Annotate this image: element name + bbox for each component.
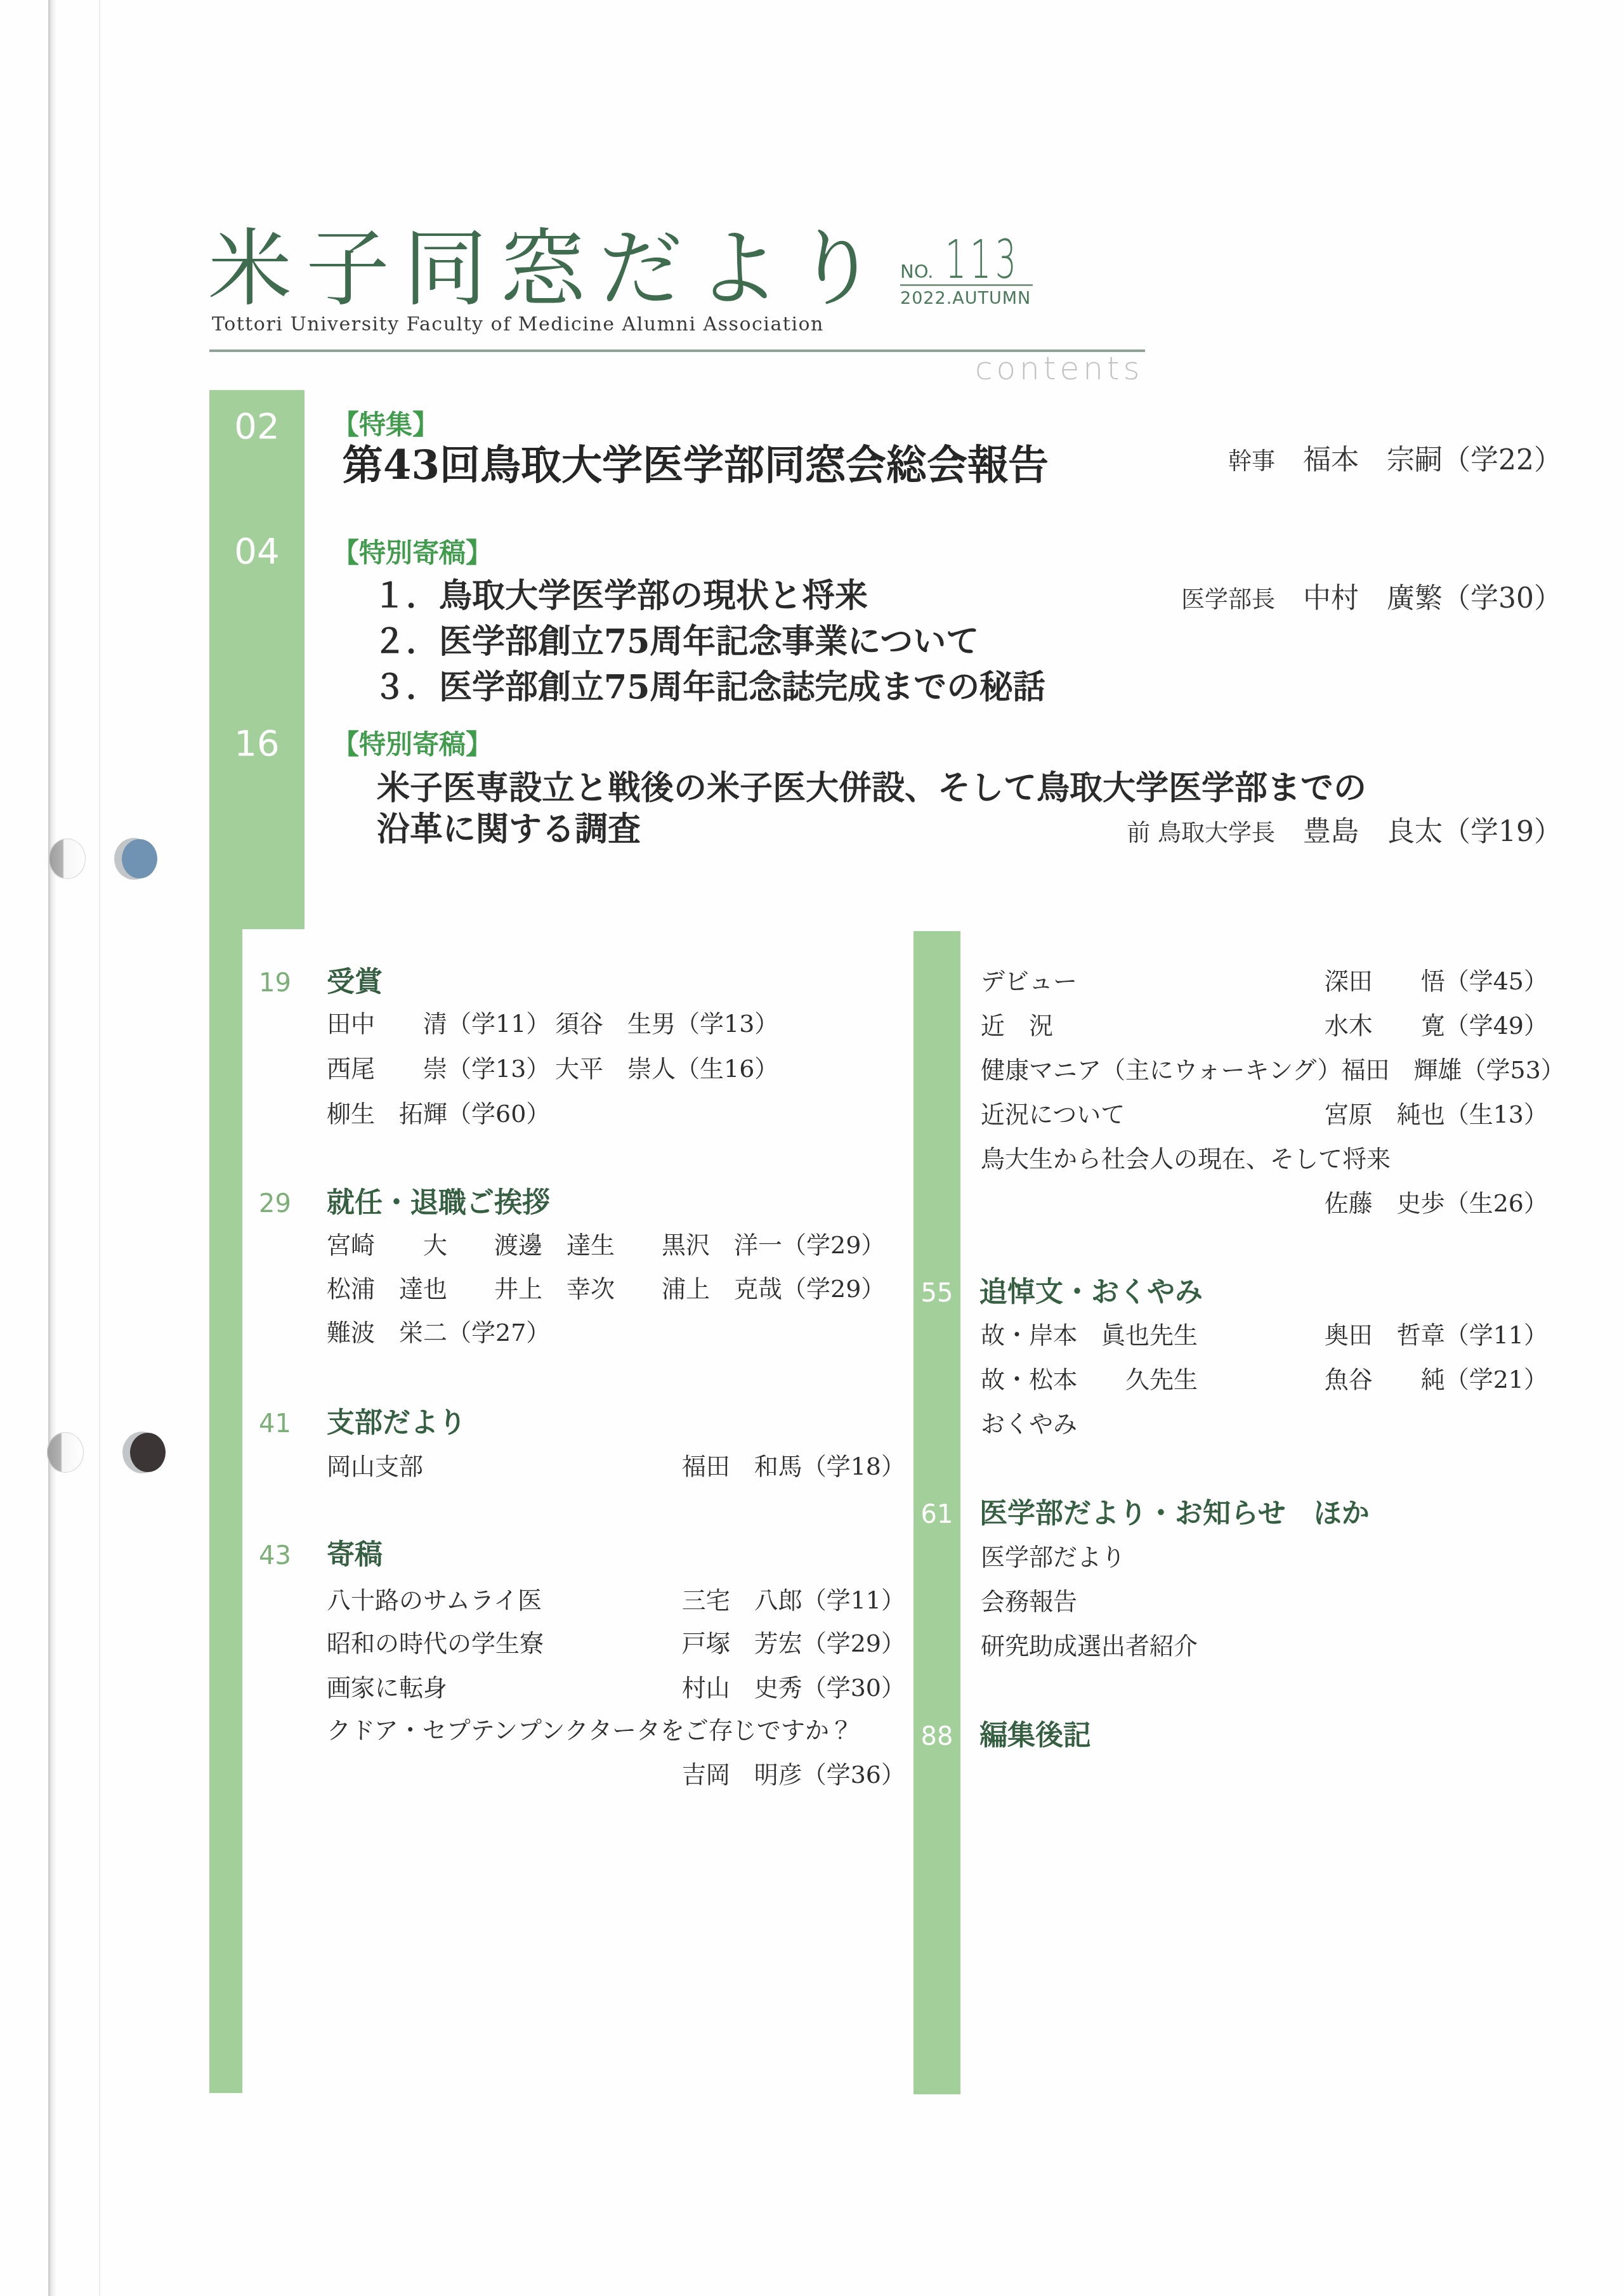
entry-author: 福田 輝雄（学53） xyxy=(1341,1048,1564,1092)
author-role: 幹事 xyxy=(1228,443,1275,481)
person: 須谷 生男（学13） xyxy=(555,1001,783,1046)
author-name: 村山 史秀 xyxy=(682,1666,802,1710)
name-row: 西尾 崇（学13） 大平 崇人（生16） xyxy=(327,1047,905,1091)
entry-title: 近況について xyxy=(981,1092,1125,1137)
author-name: 奥田 哲章 xyxy=(1325,1313,1445,1357)
toc-entry: 近 況 水木 寛（学49） xyxy=(981,1003,1548,1048)
entry-title: 故・松本 久先生 xyxy=(981,1357,1198,1402)
section-title: 就任・退職ご挨拶 xyxy=(327,1181,550,1225)
toc-entry: 故・岸本 眞也先生 奥田 哲章（学11） xyxy=(981,1313,1548,1357)
author-class: （学30） xyxy=(802,1666,905,1710)
author-class: （学36） xyxy=(802,1752,905,1797)
section-header: 88 編集後記 xyxy=(913,1714,1091,1758)
entry-title: 研究助成選出者紹介 xyxy=(981,1624,1198,1668)
author-name: 水木 寛 xyxy=(1325,1003,1445,1048)
name-row: 柳生 拓輝（学60） xyxy=(327,1092,905,1136)
name-row: 松浦 達也 井上 幸次 浦上 克哉（学29） xyxy=(327,1267,905,1311)
entry-title: 画家に転身 xyxy=(327,1666,447,1710)
author-class: （生13） xyxy=(1445,1092,1548,1137)
section-header: 29 就任・退職ご挨拶 xyxy=(259,1181,550,1225)
entry-title: 岡山支部 xyxy=(327,1444,423,1489)
association-name: Tottori University Faculty of Medicine A… xyxy=(212,313,824,336)
section-header: 61 医学部だより・お知らせ ほか xyxy=(913,1492,1370,1536)
binder-hole-icon xyxy=(47,1432,84,1473)
feature-tag: 【特別寄稿】 xyxy=(332,729,492,760)
binder-hole-icon xyxy=(49,838,86,879)
person: 黒沢 洋一（学29） xyxy=(662,1223,885,1267)
author-name: 豊島 良太 xyxy=(1303,813,1443,851)
toc-entry: 鳥大生から社会人の現在、そして将来 xyxy=(981,1137,1548,1181)
section-title: 支部だより xyxy=(327,1401,466,1445)
person: 西尾 崇（学13） xyxy=(327,1047,555,1091)
page-number: 61 xyxy=(913,1492,960,1537)
author-name: 戸塚 芳宏 xyxy=(682,1621,802,1666)
toc-entry: 昭和の時代の学生寮 戸塚 芳宏（学29） xyxy=(327,1621,905,1666)
toc-entry-author-line: 吉岡 明彦（学36） xyxy=(327,1752,905,1797)
toc-entry: 岡山支部 福田 和馬（学18） xyxy=(327,1444,905,1489)
feature-tag: 【特集】 xyxy=(332,409,439,441)
left-column-bar xyxy=(209,390,242,2093)
feature-author: 医学部長 中村 廣繁 （学30） xyxy=(1181,580,1562,618)
page-number: 04 xyxy=(209,530,304,574)
section-header: 43 寄稿 xyxy=(259,1533,383,1577)
section-title: 受賞 xyxy=(327,960,383,1005)
toc-entry: 画家に転身 村山 史秀（学30） xyxy=(327,1666,905,1710)
toc-entry: おくやみ xyxy=(981,1402,1548,1446)
person-class: （学13） xyxy=(447,1047,550,1091)
toc-entry: 近況について 宮原 純也（生13） xyxy=(981,1092,1548,1137)
toc-entry: クドア・セプテンプンクタータをご存じですか？ xyxy=(327,1708,905,1752)
section-header: 19 受賞 xyxy=(259,960,383,1005)
name-row: 田中 清（学11） 須谷 生男（学13） xyxy=(327,1001,905,1046)
magazine-title: 米子同窓だより xyxy=(208,227,892,311)
person-name: 黒沢 洋一 xyxy=(662,1223,782,1267)
entry-title: おくやみ xyxy=(981,1402,1077,1446)
person: 大平 崇人（生16） xyxy=(555,1047,783,1091)
entry-title: デビュー xyxy=(981,959,1077,1003)
entry-author: 宮原 純也（生13） xyxy=(1325,1092,1548,1137)
page-number: 41 xyxy=(259,1402,327,1446)
entry-title: 健康マニア（主にウォーキング） xyxy=(981,1048,1341,1092)
author-name: 福本 宗嗣 xyxy=(1303,441,1443,479)
contents-label: contents xyxy=(975,349,1143,388)
person-name: 須谷 生男 xyxy=(555,1001,676,1046)
page-number: 19 xyxy=(259,961,327,1005)
fold-line xyxy=(99,0,100,2296)
author-class: （学21） xyxy=(1445,1357,1548,1402)
section-title: 寄稿 xyxy=(327,1533,383,1577)
entry-title: 近 況 xyxy=(981,1003,1053,1048)
page-number: 55 xyxy=(913,1271,960,1315)
name-row: 宮崎 大 渡邊 達生 黒沢 洋一（学29） xyxy=(327,1223,905,1267)
person-name: 松浦 達也 xyxy=(327,1267,447,1311)
entry-title: 鳥大生から社会人の現在、そして将来 xyxy=(981,1137,1391,1181)
entry-title: 昭和の時代の学生寮 xyxy=(327,1621,544,1666)
entry-author: 戸塚 芳宏（学29） xyxy=(682,1621,905,1666)
entry-author: 深田 悟（学45） xyxy=(1325,959,1548,1003)
person-name: 渡邊 達生 xyxy=(494,1223,615,1267)
author-class: （学49） xyxy=(1445,1003,1548,1048)
toc-entry: 八十路のサムライ医 三宅 八郎（学11） xyxy=(327,1578,905,1622)
author-name: 福田 和馬 xyxy=(682,1444,802,1489)
feature-author: 前 鳥取大学長 豊島 良太 （学19） xyxy=(1127,813,1562,851)
feature-item: ３．医学部創立75周年記念誌完成までの秘話 xyxy=(373,665,1045,710)
entry-author: 奥田 哲章（学11） xyxy=(1325,1313,1548,1357)
toc-entry: 健康マニア（主にウォーキング） 福田 輝雄（学53） xyxy=(981,1048,1548,1092)
feature-item: １．鳥取大学医学部の現状と将来 xyxy=(373,574,868,618)
person-class: （学60） xyxy=(447,1092,550,1136)
section-header: 41 支部だより xyxy=(259,1401,466,1445)
entry-author: 福田 和馬（学18） xyxy=(682,1444,905,1489)
person-name: 井上 幸次 xyxy=(494,1267,615,1311)
feature-tag: 【特別寄稿】 xyxy=(332,537,492,569)
person-name: 大平 崇人 xyxy=(555,1047,676,1091)
person: 浦上 克哉（学29） xyxy=(662,1267,885,1311)
person-class: （学27） xyxy=(447,1310,550,1355)
feature-item: ２．医学部創立75周年記念事業について xyxy=(373,620,979,664)
author-class: （学30） xyxy=(1443,580,1562,618)
entry-author: 三宅 八郎（学11） xyxy=(682,1578,905,1622)
toc-entry: 医学部だより xyxy=(981,1535,1548,1579)
person: 井上 幸次 xyxy=(494,1267,662,1311)
author-name: 宮原 純也 xyxy=(1325,1092,1445,1137)
entry-title: 故・岸本 眞也先生 xyxy=(981,1313,1198,1357)
person-name: 宮崎 大 xyxy=(327,1223,447,1267)
page-edge-shadow xyxy=(48,0,56,2296)
issue-label: NO. xyxy=(900,261,934,282)
entry-author: 魚谷 純（学21） xyxy=(1325,1357,1548,1402)
section-title: 追悼文・おくやみ xyxy=(979,1270,1203,1315)
feature-title-line: 米子医専設立と戦後の米子医大併設、そして鳥取大学医学部までの xyxy=(377,766,1366,811)
entry-author: 水木 寛（学49） xyxy=(1325,1003,1548,1048)
person-class: （学11） xyxy=(447,1001,550,1046)
author-class: （学22） xyxy=(1443,441,1562,479)
person-class: （生16） xyxy=(676,1047,778,1091)
binder-hole-icon xyxy=(122,839,157,878)
person-name: 田中 清 xyxy=(327,1001,447,1046)
author-class: （学19） xyxy=(1443,813,1562,851)
person: 田中 清（学11） xyxy=(327,1001,555,1046)
entry-title: 医学部だより xyxy=(981,1535,1125,1579)
person-name: 柳生 拓輝 xyxy=(327,1092,447,1136)
feature-title-line: 沿革に関する調査 xyxy=(377,807,641,852)
author-class: （学11） xyxy=(802,1578,905,1622)
person-name: 難波 栄二 xyxy=(327,1310,447,1355)
author-name: 魚谷 純 xyxy=(1325,1357,1445,1402)
issue-season: 2022.AUTUMN xyxy=(900,289,1031,309)
toc-entry: デビュー 深田 悟（学45） xyxy=(981,959,1548,1003)
person-class: （学13） xyxy=(676,1001,778,1046)
feature-title: 第43回鳥取大学医学部同窓会総会報告 xyxy=(343,441,1049,490)
author-name: 深田 悟 xyxy=(1325,959,1445,1003)
person: 渡邊 達生 xyxy=(494,1223,662,1267)
page-number: 43 xyxy=(259,1534,327,1578)
entry-author: 佐藤 史歩（生26） xyxy=(1325,1181,1548,1225)
author-name: 福田 輝雄 xyxy=(1341,1048,1462,1092)
author-name: 佐藤 史歩 xyxy=(1325,1181,1445,1225)
issue-number: 113 xyxy=(945,231,1020,288)
author-role: 前 鳥取大学長 xyxy=(1127,814,1275,852)
person-class: （学29） xyxy=(782,1267,885,1311)
section-header: 55 追悼文・おくやみ xyxy=(913,1270,1203,1315)
binder-hole-icon xyxy=(130,1433,166,1472)
page-number: 29 xyxy=(259,1182,327,1226)
author-class: （学29） xyxy=(802,1621,905,1666)
page-number: 88 xyxy=(913,1714,960,1759)
entry-title: 会務報告 xyxy=(981,1579,1077,1624)
toc-entry-author-line: 佐藤 史歩（生26） xyxy=(981,1181,1548,1225)
entry-author: 吉岡 明彦（学36） xyxy=(682,1752,905,1797)
author-name: 三宅 八郎 xyxy=(682,1578,802,1622)
person: 松浦 達也 xyxy=(327,1267,494,1311)
page-number: 02 xyxy=(209,405,304,449)
name-row: 難波 栄二（学27） xyxy=(327,1310,905,1355)
person: 難波 栄二（学27） xyxy=(327,1310,550,1355)
section-title: 編集後記 xyxy=(979,1714,1091,1758)
toc-entry: 会務報告 xyxy=(981,1579,1548,1624)
author-class: （学45） xyxy=(1445,959,1548,1003)
issue-divider xyxy=(900,284,1033,286)
entry-title: 八十路のサムライ医 xyxy=(327,1578,542,1622)
toc-entry: 研究助成選出者紹介 xyxy=(981,1624,1548,1668)
entry-title: クドア・セプテンプンクタータをご存じですか？ xyxy=(327,1708,853,1752)
author-class: （生26） xyxy=(1445,1181,1548,1225)
author-role: 医学部長 xyxy=(1181,581,1275,619)
toc-entry: 故・松本 久先生 魚谷 純（学21） xyxy=(981,1357,1548,1402)
entry-author: 村山 史秀（学30） xyxy=(682,1666,905,1710)
person-name: 西尾 崇 xyxy=(327,1047,447,1091)
author-class: （学18） xyxy=(802,1444,905,1489)
page-number: 16 xyxy=(209,722,304,766)
author-name: 中村 廣繁 xyxy=(1303,580,1443,618)
author-name: 吉岡 明彦 xyxy=(682,1752,802,1797)
author-class: （学11） xyxy=(1445,1313,1548,1357)
person: 宮崎 大 xyxy=(327,1223,494,1267)
person-name: 浦上 克哉 xyxy=(662,1267,782,1311)
feature-author: 幹事 福本 宗嗣 （学22） xyxy=(1228,441,1562,479)
section-title: 医学部だより・お知らせ ほか xyxy=(979,1492,1370,1536)
person: 柳生 拓輝（学60） xyxy=(327,1092,555,1136)
author-class: （学53） xyxy=(1462,1048,1565,1092)
person-class: （学29） xyxy=(782,1223,885,1267)
